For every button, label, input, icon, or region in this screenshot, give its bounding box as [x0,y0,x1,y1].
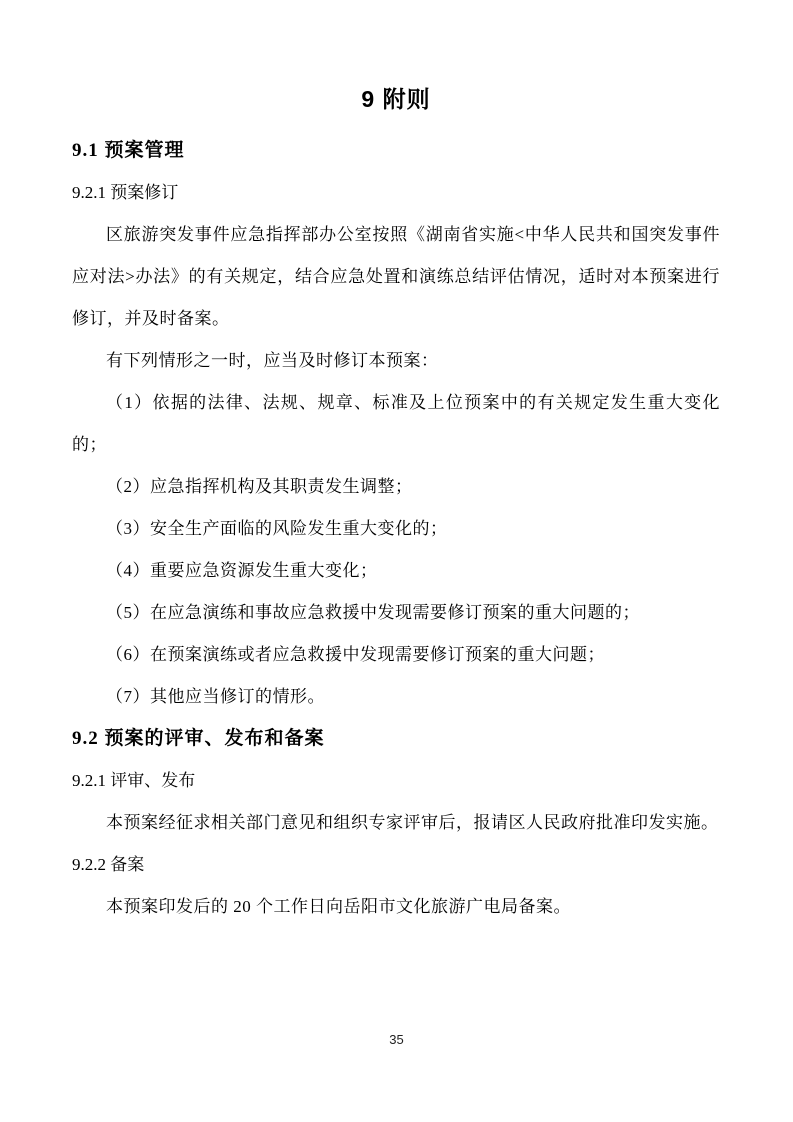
paragraph-review: 本预案经征求相关部门意见和组织专家评审后，报请区人民政府批准印发实施。 [72,802,720,844]
paragraph-conditions-intro: 有下列情形之一时，应当及时修订本预案： [72,340,720,382]
subsection-revision-heading: 9.2.1 预案修订 [72,172,720,214]
document-page: 9 附则 9.1 预案管理 9.2.1 预案修订 区旅游突发事件应急指挥部办公室… [0,0,793,1122]
condition-item-5: （5）在应急演练和事故应急救援中发现需要修订预案的重大问题的； [72,592,720,634]
subsection-record-heading: 9.2.2 备案 [72,844,720,886]
condition-item-2: （2）应急指挥机构及其职责发生调整； [72,466,720,508]
condition-item-4: （4）重要应急资源发生重大变化； [72,550,720,592]
paragraph-revision: 区旅游突发事件应急指挥部办公室按照《湖南省实施<中华人民共和国突发事件应对法>办… [72,214,720,340]
condition-item-1: （1）依据的法律、法规、规章、标准及上位预案中的有关规定发生重大变化的； [72,382,720,466]
section-9-2-heading: 9.2 预案的评审、发布和备案 [72,718,720,760]
subsection-review-heading: 9.2.1 评审、发布 [72,760,720,802]
section-9-1-heading: 9.1 预案管理 [72,130,720,172]
paragraph-record: 本预案印发后的 20 个工作日向岳阳市文化旅游广电局备案。 [72,886,720,928]
condition-item-7: （7）其他应当修订的情形。 [72,676,720,718]
condition-item-3: （3）安全生产面临的风险发生重大变化的； [72,508,720,550]
condition-item-6: （6）在预案演练或者应急救援中发现需要修订预案的重大问题； [72,634,720,676]
page-number: 35 [0,1032,793,1047]
chapter-title: 9 附则 [72,84,720,114]
